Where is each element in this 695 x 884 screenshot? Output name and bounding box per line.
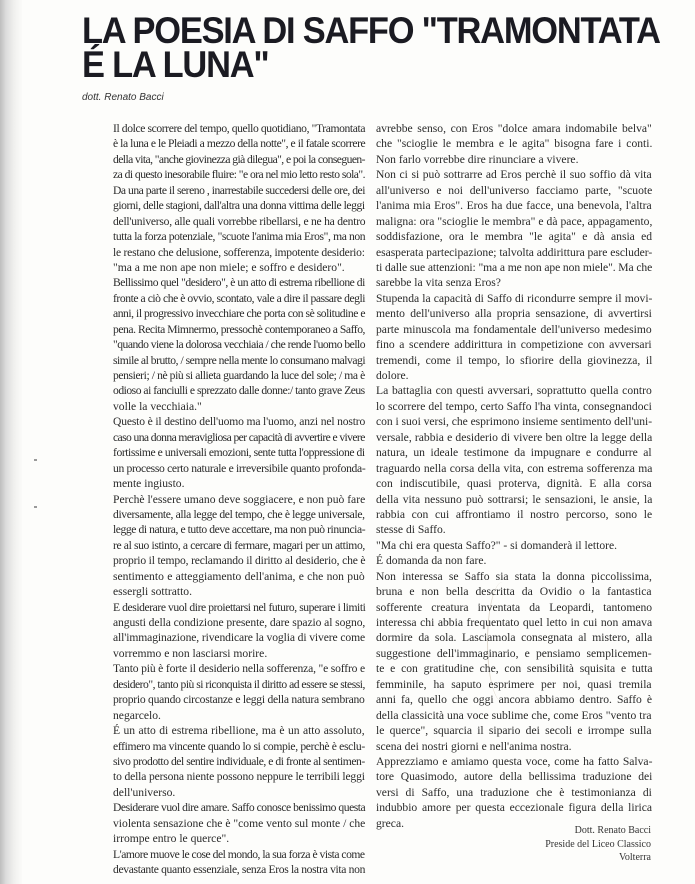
text-line: della classicità una voce sublime che, c… — [376, 708, 652, 723]
text-line: tore Quasimodo, autore della bellissima … — [376, 769, 652, 784]
text-line: indubbio amore per questa eccezionale fi… — [376, 800, 652, 815]
text-line: Non ci si può sottrarre ad Eros perchè i… — [376, 167, 652, 182]
text-line: "quando viene la dolorosa vecchiaia / ch… — [113, 337, 365, 352]
text-line: della vita, "anche giovinezza già dilegu… — [113, 152, 365, 167]
text-line: stesse di Saffo. — [376, 522, 652, 537]
text-line: con indiscutibile, quasi proterva, digni… — [376, 476, 652, 491]
title-line-2: É LA LUNA" — [82, 48, 621, 82]
text-line: anni, il progressivo invecchiare che por… — [113, 306, 365, 321]
left-text-column: Il dolce scorrere del tempo, quello quot… — [113, 121, 365, 877]
text-line: angusti della condizione presente, dare … — [113, 615, 365, 630]
text-line: mento dell'universo alla propria sensazi… — [376, 306, 652, 321]
text-line: mente ingiusto. — [113, 476, 365, 491]
text-line: avrebbe senso, con Eros "dolce amara ind… — [376, 121, 652, 136]
text-line: É un atto di estrema ribellione, ma è un… — [113, 723, 365, 738]
text-line: all'immaginazione, rivendicare la voglia… — [113, 630, 365, 645]
text-line: simile al brutto, / sempre nella mente l… — [113, 353, 365, 368]
text-line: le restano che delusione, sofferenza, im… — [113, 245, 365, 260]
text-line: "Ma chi era questa Saffo?" - si domander… — [376, 538, 652, 553]
text-line: interessa chi abbia frequentato quel let… — [376, 615, 652, 630]
signature-place: Volterra — [430, 851, 651, 865]
text-line: traguardo nella corsa della vita, con es… — [376, 461, 652, 476]
text-line: versale, rabbia e desiderio di vivere be… — [376, 430, 652, 445]
text-line: diversamente, alla legge del tempo, che … — [113, 507, 365, 522]
text-line: anni fa, quello che oggi ancora abbiamo … — [376, 692, 652, 707]
page-binding-edge — [0, 0, 22, 884]
text-line: tremendi, come il tempo, lo sfiorire del… — [376, 353, 652, 368]
text-line: lo scorrere del tempo, certo Saffo l'ha … — [376, 399, 652, 414]
text-line: fino a scendere addirittura in competizi… — [376, 337, 652, 352]
text-line: violenta sensazione che è "come vento su… — [113, 816, 365, 831]
text-line: pensieri; / nè più si allieta guardando … — [113, 368, 365, 383]
text-line: vorremmo e non lasciarsi morire. — [113, 646, 365, 661]
text-line: femminile, ha saputo esprimere per noi, … — [376, 677, 652, 692]
text-line: La battaglia con questi avversari, sopra… — [376, 383, 652, 398]
text-line: soddisfazione, ora le membra "le agita" … — [376, 229, 652, 244]
text-line: Apprezziamo e amiamo questa voce, come h… — [376, 754, 652, 769]
text-line: Tanto più è forte il desiderio nella sof… — [113, 661, 365, 676]
text-line: è la luna e le Pleiadi a mezzo della not… — [113, 136, 365, 151]
text-line: desidero", tanto più si riconquista il d… — [113, 677, 365, 692]
text-line: fronte a ciò che è ovvio, scontato, vale… — [113, 291, 365, 306]
text-line: proprio quando circostanze e leggi della… — [113, 692, 365, 707]
text-line: sivo prodotto del sentire individuale, e… — [113, 754, 365, 769]
text-line: dell'universo. — [113, 785, 365, 800]
text-line: Stupenda la capacità di Saffo di ricondu… — [376, 291, 652, 306]
text-line: ti dalle sue attenzioni: "ma a me non ap… — [376, 260, 652, 275]
text-line: L'amore muove le cose del mondo, la sua … — [113, 847, 365, 862]
text-line: tutta la forza potenziale, "scuote l'ani… — [113, 229, 365, 244]
title-line-1: LA POESIA DI SAFFO "TRAMONTATA — [82, 14, 621, 48]
text-line: l'anima mia Eros". Eros ha due facce, un… — [376, 198, 652, 213]
text-line: "ma a me non ape non miele; e soffro e d… — [113, 260, 365, 275]
text-line: scena dei nostri giorni e nell'anima nos… — [376, 739, 652, 754]
text-line: giorni, delle stagioni, dall'altra una d… — [113, 198, 365, 213]
binding-mark — [34, 459, 37, 461]
text-line: sentimento e atteggiamento dell'anima, e… — [113, 569, 365, 584]
text-line: devastante quanto essenziale, senza Eros… — [113, 862, 365, 877]
text-line: maligna: ora "scioglie le membra" e dà p… — [376, 214, 652, 229]
text-line: esasperata partecipazione; talvolta addi… — [376, 245, 652, 260]
article-byline: dott. Renato Bacci — [82, 92, 164, 103]
text-line: to della persona niente possono neppure … — [113, 769, 365, 784]
text-line: dolore. — [376, 368, 652, 383]
text-line: volle la vecchiaia." — [113, 399, 365, 414]
text-line: re al suo istinto, a cercare di fermare,… — [113, 538, 365, 553]
binding-mark — [34, 506, 37, 508]
text-line: Non interessa se Saffo sia stata la donn… — [376, 569, 652, 584]
text-line: suggestione dell'immaginario, e pensiamo… — [376, 646, 652, 661]
text-line: Desiderare vuol dire amare. Saffo conosc… — [113, 800, 365, 815]
text-line: te e con gratitudine che, con sensibilit… — [376, 661, 652, 676]
text-line: negarcelo. — [113, 708, 365, 723]
signature-role: Preside del Liceo Classico — [430, 838, 651, 852]
signature-name: Dott. Renato Bacci — [430, 824, 651, 838]
right-text-column: avrebbe senso, con Eros "dolce amara ind… — [376, 121, 652, 831]
text-line: proprio il tempo, reclamando il diritto … — [113, 553, 365, 568]
text-line: Da una parte il sereno , inarrestabile s… — [113, 183, 365, 198]
text-line: dell'universo, alle quali vorrebbe ribel… — [113, 214, 365, 229]
text-line: effimero ma vincente quando lo si compie… — [113, 739, 365, 754]
text-line: legge di natura, e tutto deve accettare,… — [113, 522, 365, 537]
text-line: un processo certo naturale e irreversibi… — [113, 461, 365, 476]
text-line: dormire da sola. Lasciamola consegnata a… — [376, 630, 652, 645]
text-line: E desiderare vuol dire proiettarsi nel f… — [113, 600, 365, 615]
text-line: pena. Recita Mimnermo, pressochè contemp… — [113, 322, 365, 337]
text-line: natura, un ideale testimone da impugnare… — [376, 445, 652, 460]
text-line: sofferente creatura inventata da Leopard… — [376, 600, 652, 615]
text-line: bruna e non bella descritta da Ovidio o … — [376, 584, 652, 599]
text-line: che "scioglie le membra e le agita" biso… — [376, 136, 652, 151]
text-line: Non farlo vorrebbe dire rinunciare a viv… — [376, 152, 652, 167]
text-line: sarebbe la vita senza Eros? — [376, 275, 652, 290]
text-line: fortissime e universali emozioni, sente … — [113, 445, 365, 460]
text-line: essergli sottratto. — [113, 584, 365, 599]
text-line: caso una donna meravigliosa per capacità… — [113, 430, 365, 445]
text-line: Bellissimo quel "desidero", è un atto di… — [113, 275, 365, 290]
text-line: versi di Saffo, una traduzione che è tes… — [376, 785, 652, 800]
text-line: con i suoi versi, che esprimono insieme … — [376, 414, 652, 429]
text-line: Perchè l'essere umano deve soggiacere, e… — [113, 492, 365, 507]
text-line: le querce", squarcia il sipario dei seco… — [376, 723, 652, 738]
text-line: all'universo e noi dell'universo facciam… — [376, 183, 652, 198]
text-line: odioso ai fanciulli e sprezzato dalle do… — [113, 383, 365, 398]
article-title: LA POESIA DI SAFFO "TRAMONTATA É LA LUNA… — [82, 14, 621, 82]
text-line: É domanda da non fare. — [376, 553, 652, 568]
text-line: parte minuscola ma fondamentale dell'uni… — [376, 322, 652, 337]
text-line: Questo è il destino dell'uomo ma l'uomo,… — [113, 414, 365, 429]
text-line: Il dolce scorrere del tempo, quello quot… — [113, 121, 365, 136]
text-line: rabbia con cui affrontiamo il nostro per… — [376, 507, 652, 522]
signature-block: Dott. Renato Bacci Preside del Liceo Cla… — [430, 824, 651, 865]
text-line: za di questo inesorabile fluire: "e ora … — [113, 167, 365, 182]
text-line: irrompe entro le querce". — [113, 831, 365, 846]
text-line: della vita nessuno può sottrarsi; le sen… — [376, 492, 652, 507]
